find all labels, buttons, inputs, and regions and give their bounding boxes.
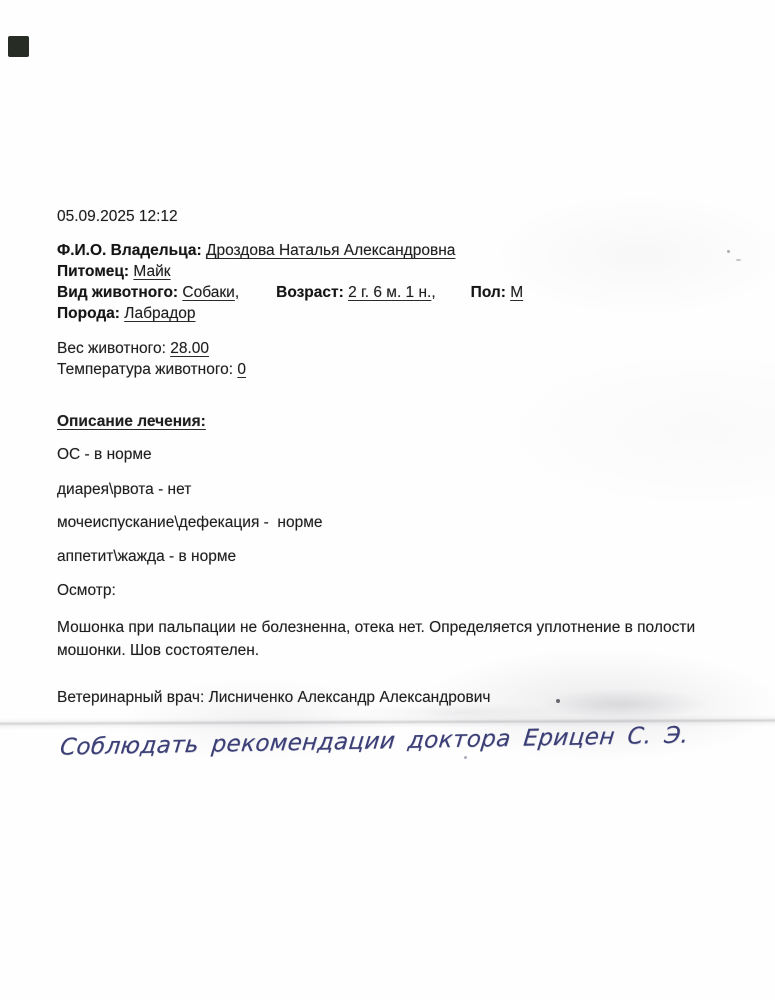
- observation-line: ОС - в норме: [57, 444, 152, 465]
- pet-label: Питомец:: [57, 263, 129, 280]
- temperature-line: Температура животного: 0: [57, 359, 246, 380]
- temperature-value: 0: [237, 361, 246, 378]
- scan-speck: [464, 756, 467, 759]
- exam-text: Мошонка при пальпации не болезненна, оте…: [57, 616, 725, 662]
- owner-line: Ф.И.О. Владельца: Дроздова Наталья Алекс…: [57, 240, 455, 261]
- scan-speck: [727, 250, 730, 253]
- observation-line: мочеиспускание\дефекация - норме: [57, 512, 323, 533]
- species-value: Собаки: [182, 284, 234, 301]
- age-value: 2 г. 6 м. 1 н.: [348, 284, 431, 301]
- age-label: Возраст:: [276, 284, 344, 301]
- document-timestamp: 05.09.2025 12:12: [57, 206, 178, 227]
- exam-label: Осмотр:: [57, 580, 116, 601]
- owner-value: Дроздова Наталья Александровна: [206, 242, 455, 259]
- sex-value: М: [510, 284, 523, 301]
- scan-speck: [556, 699, 560, 703]
- species-suffix: ,: [235, 284, 239, 301]
- breed-line: Порода: Лабрадор: [57, 303, 195, 324]
- treatment-heading: Описание лечения:: [57, 411, 206, 432]
- scanned-document: 05.09.2025 12:12 Ф.И.О. Владельца: Дрозд…: [0, 0, 775, 1000]
- scan-corner-mark: [8, 36, 29, 57]
- breed-value: Лабрадор: [124, 305, 195, 322]
- species-label: Вид животного:: [57, 284, 178, 301]
- observation-line: аппетит\жажда - в норме: [57, 546, 236, 567]
- pet-value: Майк: [133, 263, 170, 280]
- vet-label: Ветеринарный врач:: [57, 689, 204, 706]
- species-age-sex-line: Вид животного: Собаки,Возраст: 2 г. 6 м.…: [57, 282, 523, 303]
- sex-label: Пол:: [471, 284, 506, 301]
- age-suffix: ,: [431, 284, 435, 301]
- weight-value: 28.00: [170, 340, 209, 357]
- weight-label: Вес животного:: [57, 340, 166, 357]
- observation-line: диарея\рвота - нет: [57, 479, 191, 500]
- weight-line: Вес животного: 28.00: [57, 338, 209, 359]
- pet-line: Питомец: Майк: [57, 261, 171, 282]
- scan-speck: [736, 259, 741, 261]
- temperature-label: Температура животного:: [57, 361, 233, 378]
- breed-label: Порода:: [57, 305, 120, 322]
- owner-label: Ф.И.О. Владельца:: [57, 242, 202, 259]
